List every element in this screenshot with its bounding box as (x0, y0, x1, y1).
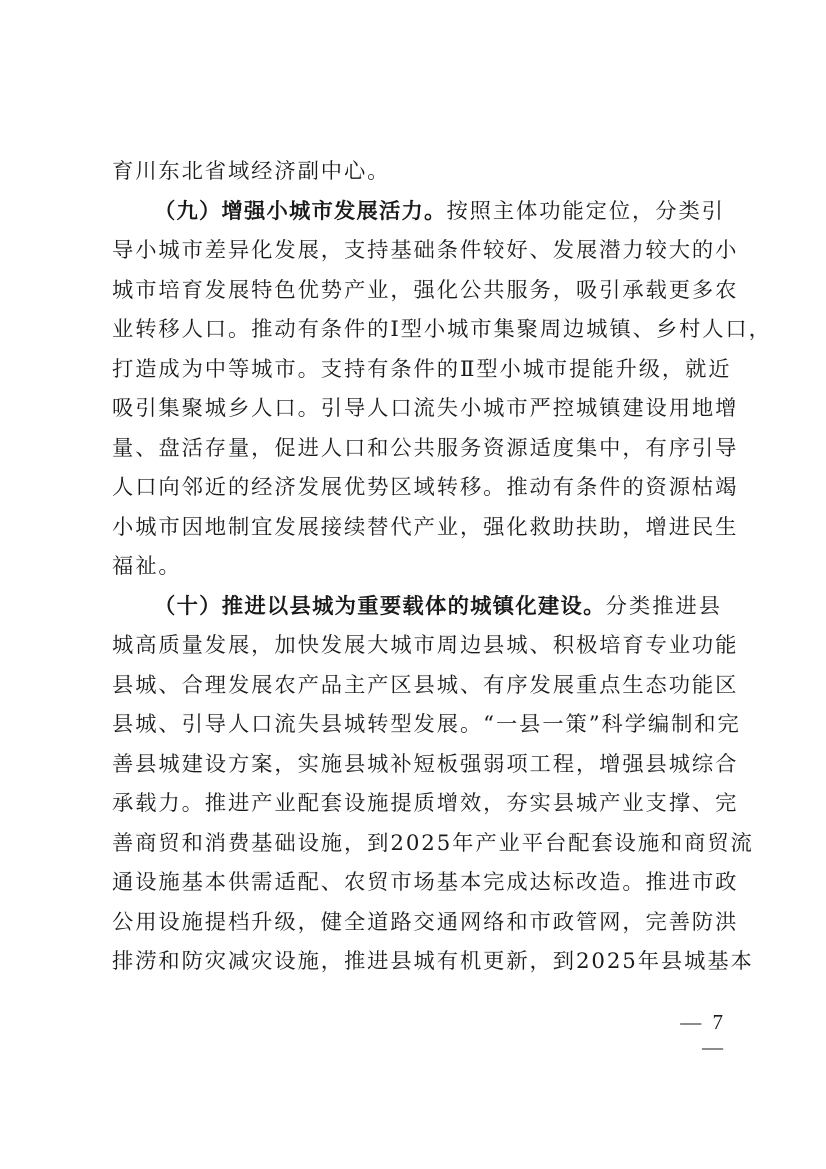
line-text: 城市培育发展特色优势产业，强化公共服务，吸引承载更多农 (112, 278, 738, 303)
text-line: 业转移人口。推动有条件的I型小城市集聚周边城镇、乡村人口， (112, 310, 722, 350)
text-line: 导小城市差异化发展，支持基础条件较好、发展潜力较大的小 (112, 231, 722, 271)
text-line: 福祉。 (112, 547, 722, 587)
text-line: 善商贸和消费基础设施，到2025年产业平台配套设施和商贸流 (112, 824, 722, 864)
line-text: 排涝和防灾减灾设施，推进县城有机更新，到2025年县城基本 (112, 949, 754, 974)
line-text: 通设施基本供需适配、农贸市场基本完成达标改造。推进市政 (112, 870, 738, 895)
text-line: 善县城建设方案，实施县城补短板强弱项工程，增强县城综合 (112, 745, 722, 785)
text-line: 小城市因地制宜发展接续替代产业，强化救助扶助，增进民生 (112, 508, 722, 548)
line-text: 分类推进县 (606, 594, 722, 619)
text-line: 城市培育发展特色优势产业，强化公共服务，吸引承载更多农 (112, 271, 722, 311)
section-heading: （九）增强小城市发展活力。 (154, 199, 446, 224)
text-line: 承载力。推进产业配套设施提质增效，夯实县城产业支撑、完 (112, 784, 722, 824)
text-line: 育川东北省域经济副中心。 (112, 152, 722, 192)
section-heading-line: （十）推进以县城为重要载体的城镇化建设。分类推进县 (112, 587, 722, 627)
document-page: 育川东北省域经济副中心。（九）增强小城市发展活力。按照主体功能定位，分类引导小城… (0, 0, 826, 1169)
line-text: 按照主体功能定位，分类引 (446, 199, 724, 224)
line-text: 导小城市差异化发展，支持基础条件较好、发展潜力较大的小 (112, 238, 738, 263)
line-text: 福祉。 (112, 554, 182, 579)
text-line: 量、盘活存量，促进人口和公共服务资源适度集中，有序引导 (112, 429, 722, 469)
line-text: 人口向邻近的经济发展优势区域转移。推动有条件的资源枯竭 (112, 475, 738, 500)
line-text: 善商贸和消费基础设施，到2025年产业平台配套设施和商贸流 (112, 831, 754, 856)
section-heading: （十）推进以县城为重要载体的城镇化建设。 (154, 594, 606, 619)
text-line: 县城、引导人口流失县城转型发展。“一县一策”科学编制和完 (112, 705, 722, 745)
line-text: 县城、引导人口流失县城转型发展。“一县一策”科学编制和完 (112, 712, 741, 737)
line-text: 城高质量发展，加快发展大城市周边县城、积极培育专业功能 (112, 633, 738, 658)
page-number: — 7 — (656, 1010, 726, 1060)
line-text: 县城、合理发展农产品主产区县城、有序发展重点生态功能区 (112, 673, 738, 698)
line-text: 打造成为中等城市。支持有条件的Ⅱ型小城市提能升级，就近 (112, 357, 732, 382)
body-text: 育川东北省域经济副中心。（九）增强小城市发展活力。按照主体功能定位，分类引导小城… (112, 152, 722, 982)
text-line: 吸引集聚城乡人口。引导人口流失小城市严控城镇建设用地增 (112, 389, 722, 429)
line-text: 善县城建设方案，实施县城补短板强弱项工程，增强县城综合 (112, 752, 738, 777)
line-text: 小城市因地制宜发展接续替代产业，强化救助扶助，增进民生 (112, 515, 738, 540)
text-line: 通设施基本供需适配、农贸市场基本完成达标改造。推进市政 (112, 863, 722, 903)
line-text: 育川东北省域经济副中心。 (112, 159, 390, 184)
line-text: 吸引集聚城乡人口。引导人口流失小城市严控城镇建设用地增 (112, 396, 738, 421)
text-line: 人口向邻近的经济发展优势区域转移。推动有条件的资源枯竭 (112, 468, 722, 508)
text-line: 排涝和防灾减灾设施，推进县城有机更新，到2025年县城基本 (112, 942, 722, 982)
section-heading-line: （九）增强小城市发展活力。按照主体功能定位，分类引 (112, 192, 722, 232)
text-line: 打造成为中等城市。支持有条件的Ⅱ型小城市提能升级，就近 (112, 350, 722, 390)
text-line: 县城、合理发展农产品主产区县城、有序发展重点生态功能区 (112, 666, 722, 706)
line-text: 业转移人口。推动有条件的I型小城市集聚周边城镇、乡村人口， (112, 317, 772, 342)
line-text: 量、盘活存量，促进人口和公共服务资源适度集中，有序引导 (112, 436, 738, 461)
text-line: 城高质量发展，加快发展大城市周边县城、积极培育专业功能 (112, 626, 722, 666)
text-line: 公用设施提档升级，健全道路交通网络和市政管网，完善防洪 (112, 903, 722, 943)
line-text: 承载力。推进产业配套设施提质增效，夯实县城产业支撑、完 (112, 791, 738, 816)
line-text: 公用设施提档升级，健全道路交通网络和市政管网，完善防洪 (112, 910, 738, 935)
